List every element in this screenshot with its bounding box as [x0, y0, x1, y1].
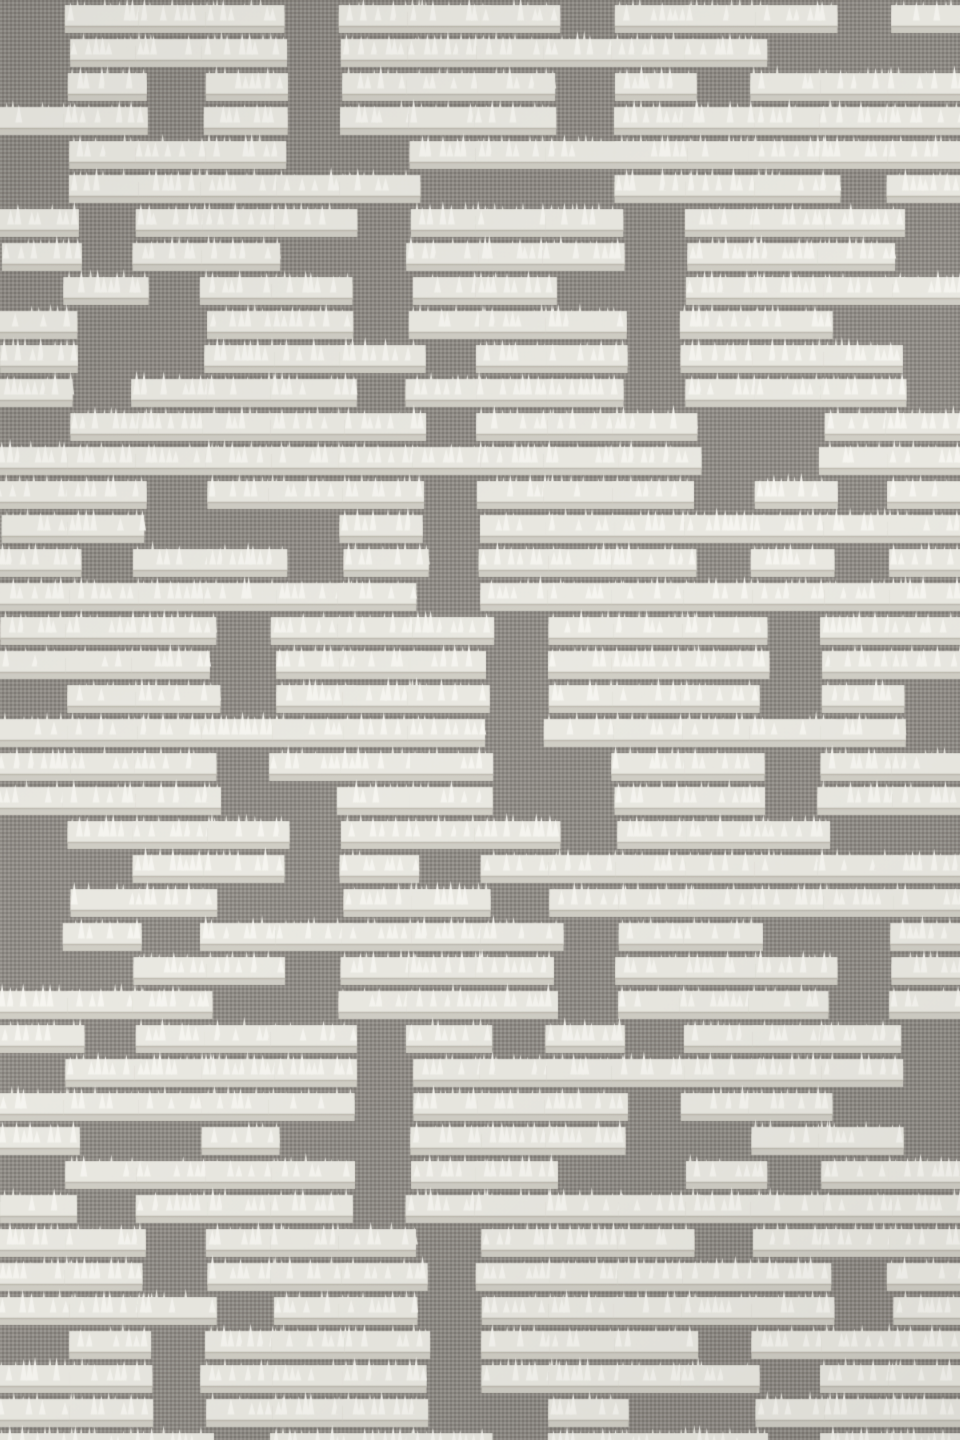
- rug-pile-pattern: [0, 0, 960, 1440]
- rug-photo: [0, 0, 960, 1440]
